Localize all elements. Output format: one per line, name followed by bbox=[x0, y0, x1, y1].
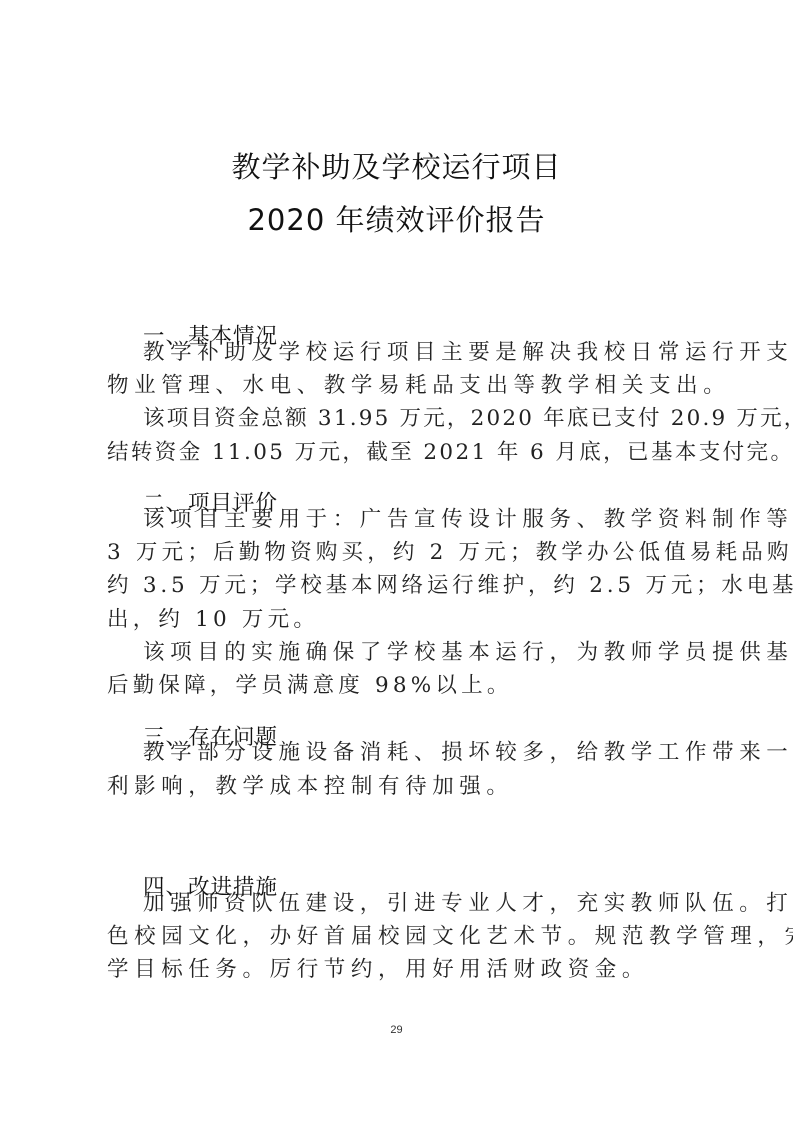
paragraph-line: 学目标任务。厉行节约，用好用活财政资金。 bbox=[107, 956, 697, 984]
paragraph-line: 约 3.5 万元；学校基本网络运行维护，约 2.5 万元；水电基本支 bbox=[107, 572, 697, 600]
paragraph-line: 利影响，教学成本控制有待加强。 bbox=[107, 773, 697, 801]
page-number: 29 bbox=[0, 1024, 793, 1036]
paragraph-line: 该项目的实施确保了学校基本运行，为教师学员提供基本的 bbox=[143, 639, 733, 667]
document-page: 教学补助及学校运行项目 2020 年绩效评价报告 一、基本情况 教学补助及学校运… bbox=[0, 0, 793, 1122]
paragraph-line: 教学补助及学校运行项目主要是解决我校日常运行开支，如 bbox=[143, 339, 733, 367]
paragraph-line: 结转资金 11.05 万元，截至 2021 年 6 月底，已基本支付完。 bbox=[107, 439, 697, 467]
paragraph-line: 后勤保障，学员满意度 98%以上。 bbox=[107, 672, 697, 700]
paragraph-line: 教学部分设施设备消耗、损坏较多，给教学工作带来一定不 bbox=[143, 739, 733, 767]
paragraph-line: 物业管理、水电、教学易耗品支出等教学相关支出。 bbox=[107, 372, 697, 400]
paragraph-line: 出，约 10 万元。 bbox=[107, 606, 697, 634]
paragraph-line: 3 万元；后勤物资购买，约 2 万元；教学办公低值易耗品购买， bbox=[107, 539, 697, 567]
document-title-line1: 教学补助及学校运行项目 bbox=[0, 145, 793, 186]
paragraph-line: 加强师资队伍建设，引进专业人才，充实教师队伍。打造特 bbox=[143, 890, 733, 918]
paragraph-line: 色校园文化，办好首届校园文化艺术节。规范教学管理，完成教 bbox=[107, 923, 697, 951]
paragraph-line: 该项目主要用于：广告宣传设计服务、教学资料制作等，约 bbox=[143, 506, 733, 534]
paragraph-line: 该项目资金总额 31.95 万元，2020 年底已支付 20.9 万元， bbox=[143, 405, 733, 433]
document-title-line2: 2020 年绩效评价报告 bbox=[0, 198, 793, 239]
